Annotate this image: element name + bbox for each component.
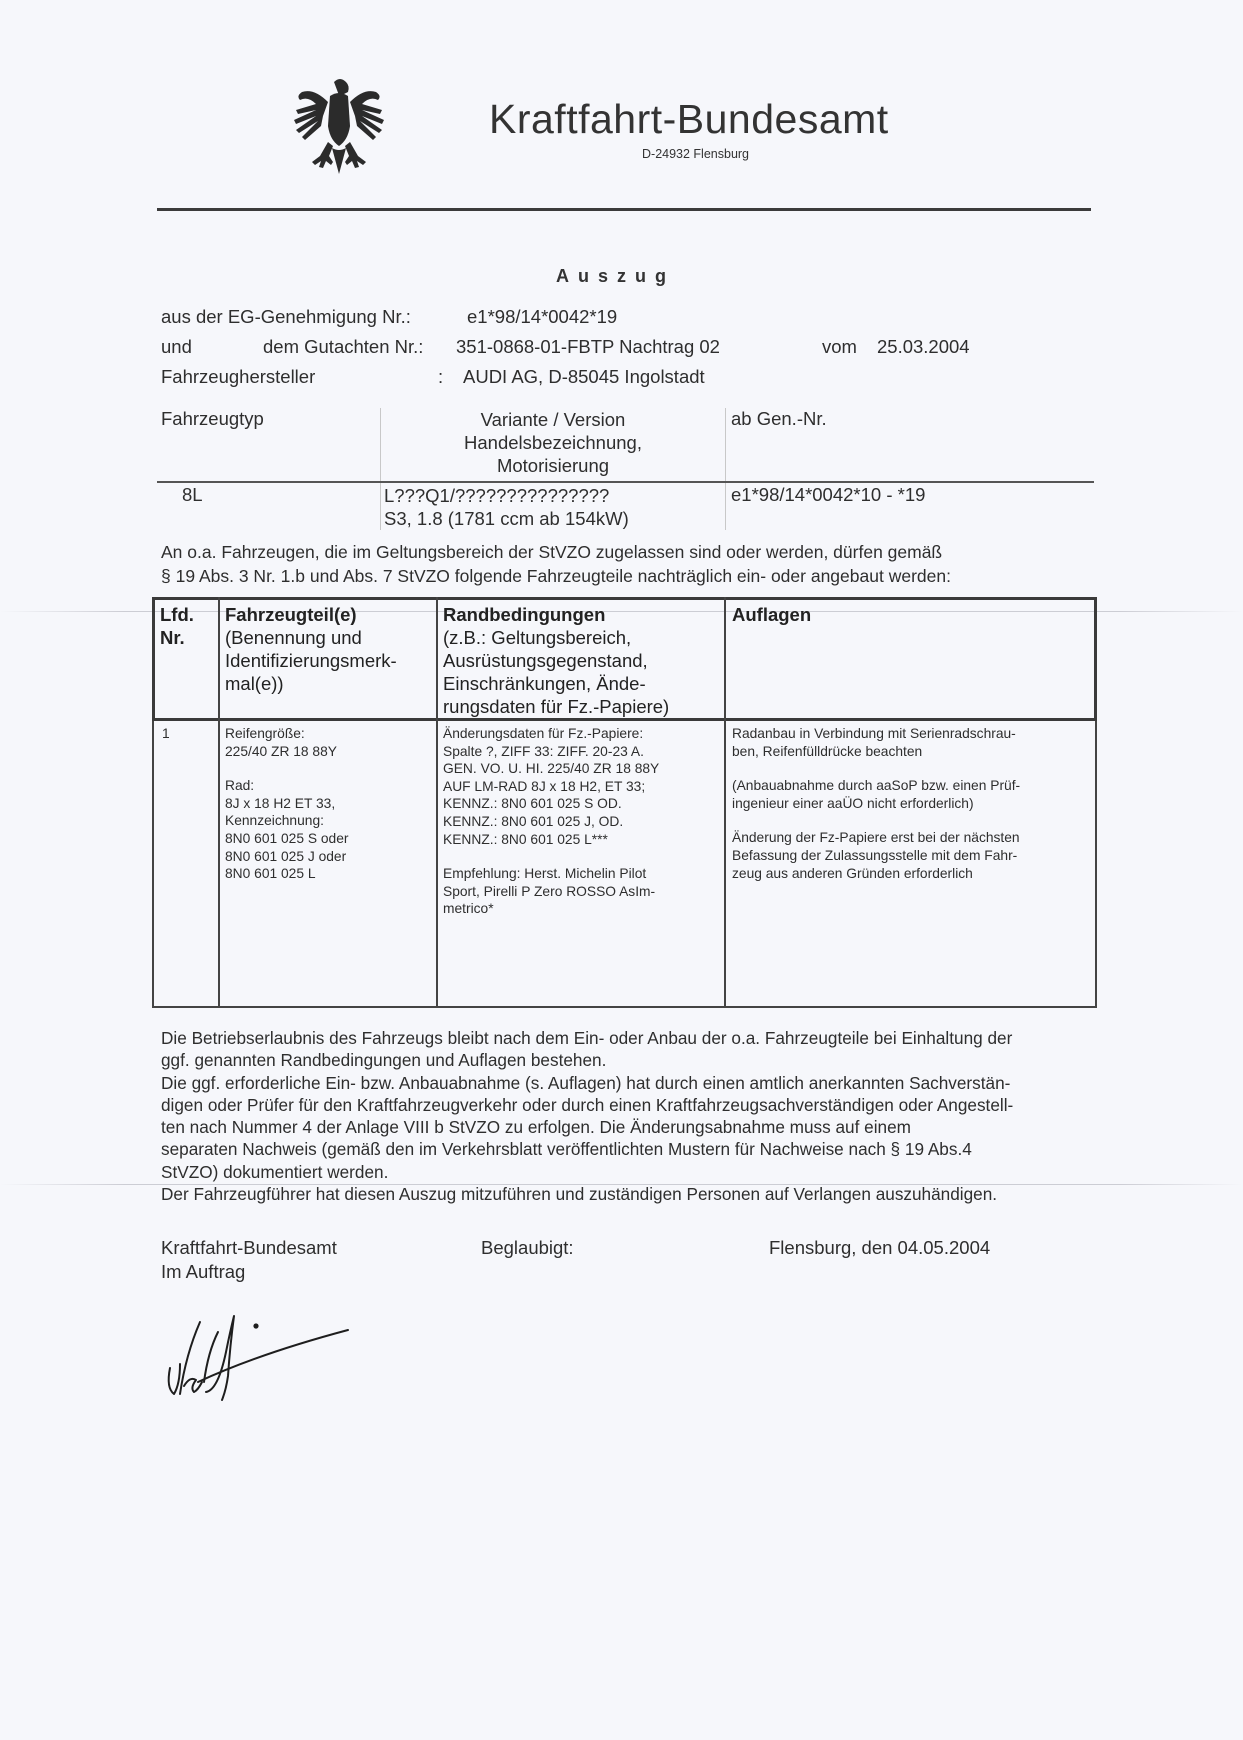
row-requirements: Radanbau in Verbindung mit Serienradschr… xyxy=(732,725,1020,882)
header-text: rungsdaten für Fz.-Papiere) xyxy=(443,696,669,717)
intro-line: An o.a. Fahrzeugen, die im Geltungsberei… xyxy=(161,540,951,564)
requirement-line: Befassung der Zulassungsstelle mit dem F… xyxy=(732,847,1020,865)
header-text: Einschränkungen, Ände- xyxy=(443,673,646,694)
from-gen-header: ab Gen.-Nr. xyxy=(731,408,827,430)
approval-label: aus der EG-Genehmigung Nr.: xyxy=(161,306,411,328)
vehicle-type-header: Fahrzeugtyp xyxy=(161,408,264,430)
document-title: Auszug xyxy=(556,266,675,287)
legal-notice-line: Der Fahrzeugführer hat diesen Auszug mit… xyxy=(161,1183,1097,1205)
report-date-label: vom xyxy=(822,336,857,358)
header-text: Ausrüstungsgegenstand, xyxy=(443,650,648,671)
tire-size: 225/40 ZR 18 88Y xyxy=(225,743,349,761)
header-text: Nr. xyxy=(160,627,185,648)
report-label: dem Gutachten Nr.: xyxy=(263,336,423,358)
variant-engine: S3, 1.8 (1781 ccm ab 154kW) xyxy=(384,507,629,530)
legal-notice-line: separaten Nachweis (gemäß den im Verkehr… xyxy=(161,1138,1097,1160)
vehicle-type-value: 8L xyxy=(182,484,203,506)
condition-line: KENNZ.: 8N0 601 025 J, OD. xyxy=(443,813,659,831)
variant-header-line: Variante / Version xyxy=(381,408,725,431)
requirement-line: Radanbau in Verbindung mit Serienradschr… xyxy=(732,725,1020,743)
issuer-name: Kraftfahrt-Bundesamt xyxy=(161,1236,337,1260)
federal-eagle-icon xyxy=(284,76,394,182)
header-part: Fahrzeugteil(e) (Benennung und Identifiz… xyxy=(225,603,397,695)
wheel-label: Rad: xyxy=(225,777,349,795)
recommendation-line: metrico* xyxy=(443,900,659,918)
issuer-block: Kraftfahrt-Bundesamt Im Auftrag xyxy=(161,1236,337,1284)
parts-table-column-rule xyxy=(724,597,726,1008)
on-behalf-label: Im Auftrag xyxy=(161,1260,337,1284)
variant-header: Variante / Version Handelsbezeichnung, M… xyxy=(381,408,725,477)
header-text: (Benennung und xyxy=(225,627,362,648)
report-date: 25.03.2004 xyxy=(877,336,970,358)
signature-icon xyxy=(160,1300,350,1410)
condition-line: GEN. VO. U. HI. 225/40 ZR 18 88Y xyxy=(443,760,659,778)
from-gen-value: e1*98/14*0042*10 - *19 xyxy=(731,484,925,506)
marking-value: 8N0 601 025 J oder xyxy=(225,848,349,866)
header-text: Fahrzeugteil(e) xyxy=(225,604,357,625)
certified-label: Beglaubigt: xyxy=(481,1236,574,1260)
legal-notice-line: digen oder Prüfer für den Kraftfahrzeugv… xyxy=(161,1094,1097,1116)
variant-value: L???Q1/??????????????? S3, 1.8 (1781 ccm… xyxy=(384,484,629,530)
row-conditions: Änderungsdaten für Fz.-Papiere: Spalte ?… xyxy=(443,725,659,918)
place-date: Flensburg, den 04.05.2004 xyxy=(769,1236,990,1260)
vehicle-table-header-rule xyxy=(157,481,1094,483)
requirement-line: zeug aus anderen Gründen erforderlich xyxy=(732,865,1020,883)
condition-line: AUF LM-RAD 8J x 18 H2, ET 33; xyxy=(443,778,659,796)
header-text: mal(e)) xyxy=(225,673,284,694)
legal-notice-line: ten nach Nummer 4 der Anlage VIII b StVZ… xyxy=(161,1116,1097,1138)
manufacturer-separator: : xyxy=(438,366,443,388)
variant-code: L???Q1/??????????????? xyxy=(384,484,629,507)
organization-name: Kraftfahrt-Bundesamt xyxy=(489,96,889,143)
recommendation-line: Empfehlung: Herst. Michelin Pilot xyxy=(443,865,659,883)
manufacturer-label: Fahrzeughersteller xyxy=(161,366,315,388)
requirement-line: (Anbauabnahme durch aaSoP bzw. einen Prü… xyxy=(732,777,1020,795)
row-part: Reifengröße: 225/40 ZR 18 88Y Rad: 8J x … xyxy=(225,725,349,883)
requirement-line: Änderung der Fz-Papiere erst bei der näc… xyxy=(732,829,1020,847)
condition-line: KENNZ.: 8N0 601 025 L*** xyxy=(443,831,659,849)
requirement-line: ben, Reifenfülldrücke beachten xyxy=(732,743,1020,761)
report-number: 351-0868-01-FBTP Nachtrag 02 xyxy=(456,336,720,358)
row-number: 1 xyxy=(162,725,170,743)
variant-header-line: Motorisierung xyxy=(381,454,725,477)
recommendation-line: Sport, Pirelli P Zero ROSSO AsIm- xyxy=(443,883,659,901)
marking-value: 8N0 601 025 S oder xyxy=(225,830,349,848)
marking-label: Kennzeichnung: xyxy=(225,812,349,830)
variant-header-line: Handelsbezeichnung, xyxy=(381,431,725,454)
marking-value: 8N0 601 025 L xyxy=(225,865,349,883)
header-text: (z.B.: Geltungsbereich, xyxy=(443,627,631,648)
legal-notice: Die Betriebserlaubnis des Fahrzeugs blei… xyxy=(161,1027,1097,1205)
header-text: Identifizierungsmerk- xyxy=(225,650,397,671)
requirement-line: ingenieur einer aaÜO nicht erforderlich) xyxy=(732,795,1020,813)
legal-notice-line: Die Betriebserlaubnis des Fahrzeugs blei… xyxy=(161,1027,1097,1049)
intro-line: § 19 Abs. 3 Nr. 1.b und Abs. 7 StVZO fol… xyxy=(161,564,951,588)
parts-table-column-rule xyxy=(218,597,220,1008)
header-conditions: Randbedingungen (z.B.: Geltungsbereich, … xyxy=(443,603,669,718)
legal-notice-line: StVZO) dokumentiert werden. xyxy=(161,1161,1097,1183)
header-divider xyxy=(157,208,1091,211)
approval-number: e1*98/14*0042*19 xyxy=(467,306,617,328)
intro-paragraph: An o.a. Fahrzeugen, die im Geltungsberei… xyxy=(161,540,951,588)
vehicle-table-divider xyxy=(725,408,726,530)
parts-table-column-rule xyxy=(436,597,438,1008)
header-text: Lfd. xyxy=(160,604,194,625)
header-lfd-nr: Lfd. Nr. xyxy=(160,603,194,649)
header-text: Auflagen xyxy=(732,604,811,625)
report-label-prefix: und xyxy=(161,336,192,358)
organization-address: D-24932 Flensburg xyxy=(642,147,749,161)
legal-notice-line: ggf. genannten Randbedingungen und Aufla… xyxy=(161,1049,1097,1071)
condition-line: Änderungsdaten für Fz.-Papiere: xyxy=(443,725,659,743)
manufacturer-name: AUDI AG, D-85045 Ingolstadt xyxy=(463,366,705,388)
condition-line: KENNZ.: 8N0 601 025 S OD. xyxy=(443,795,659,813)
header-text: Randbedingungen xyxy=(443,604,605,625)
legal-notice-line: Die ggf. erforderliche Ein- bzw. Anbauab… xyxy=(161,1072,1097,1094)
header-requirements: Auflagen xyxy=(732,603,811,626)
tire-label: Reifengröße: xyxy=(225,725,349,743)
condition-line: Spalte ?, ZIFF 33: ZIFF. 20-23 A. xyxy=(443,743,659,761)
wheel-spec: 8J x 18 H2 ET 33, xyxy=(225,795,349,813)
